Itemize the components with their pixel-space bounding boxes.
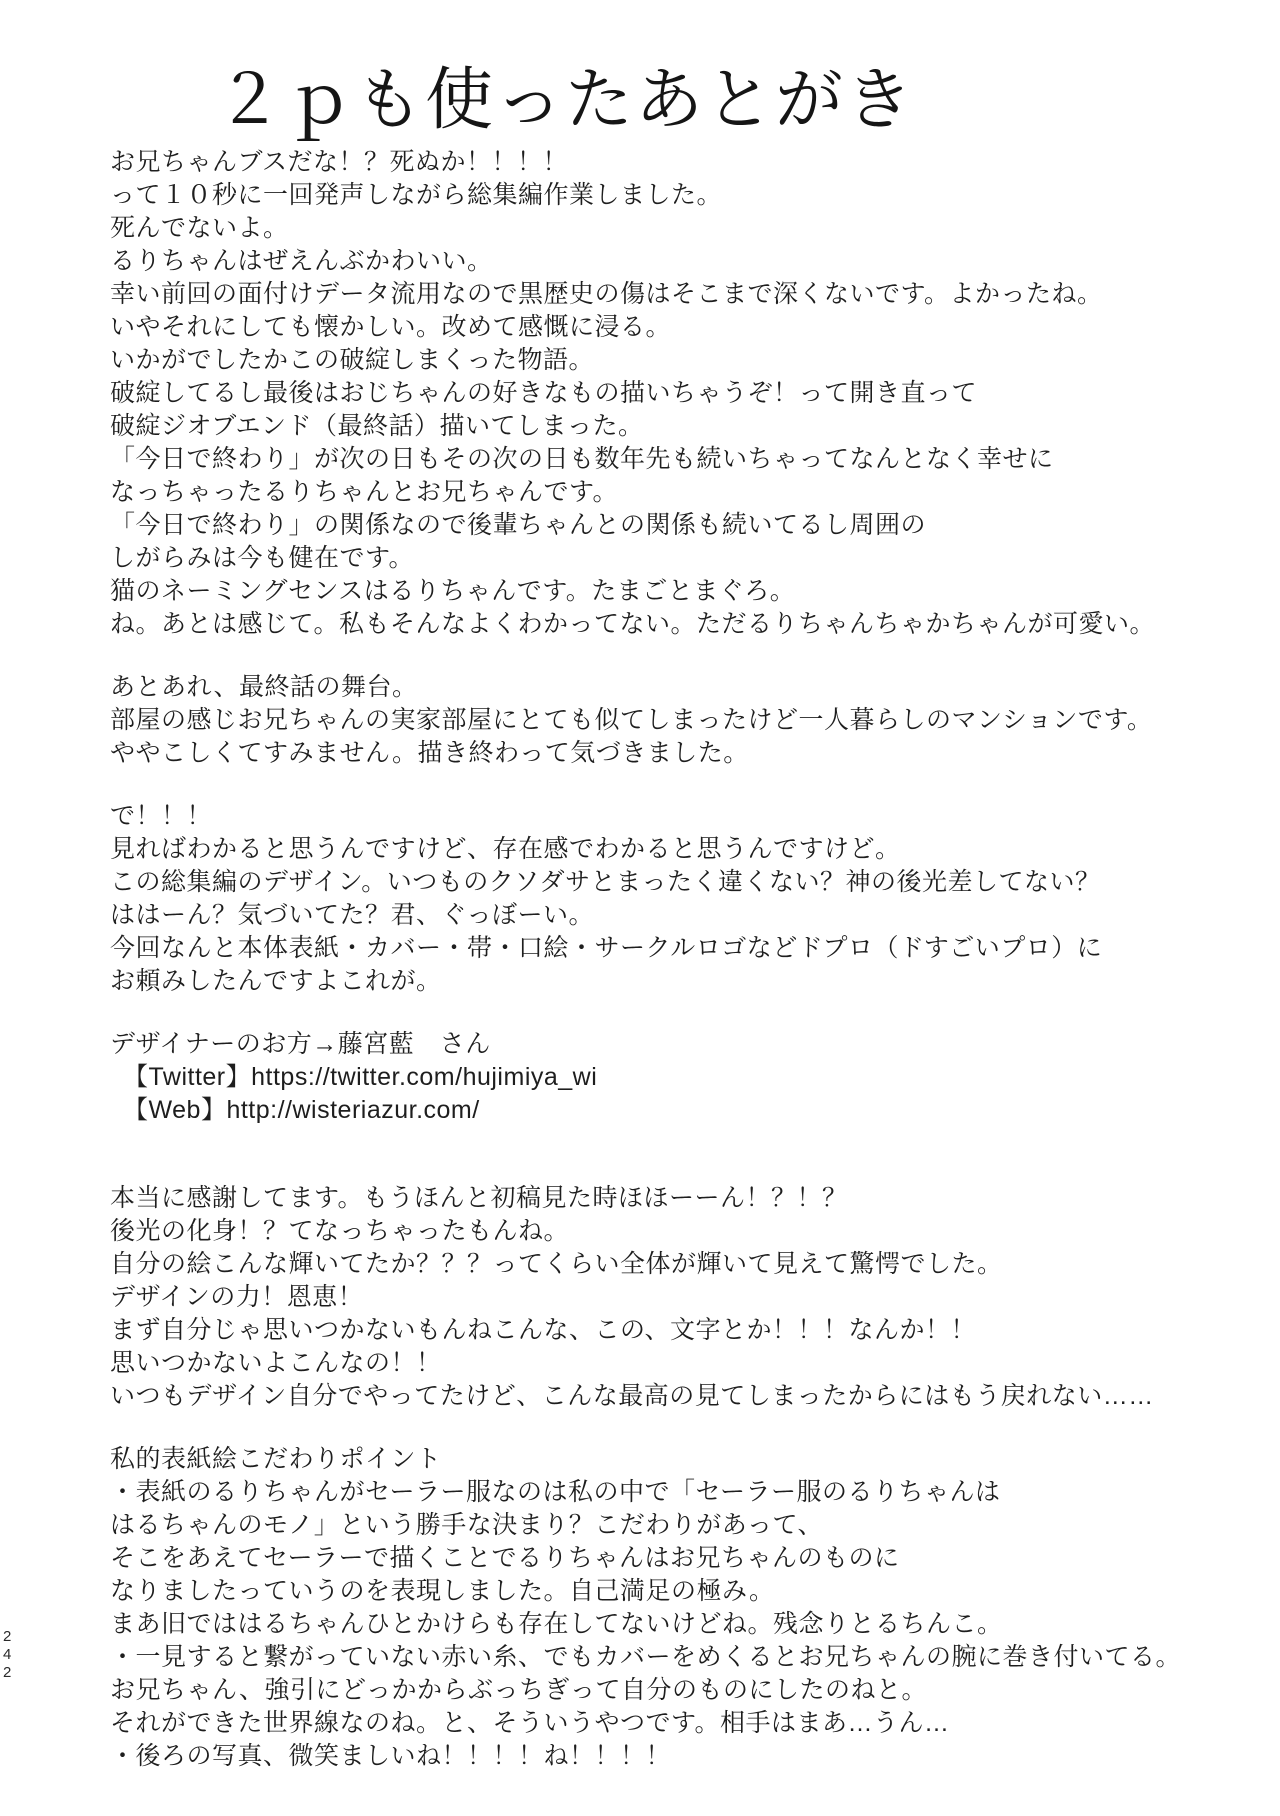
text-line: って１０秒に一回発声しながら総集編作業しました。 (110, 179, 1270, 212)
text-line: いやそれにしても懐かしい。改めて感慨に浸る。 (110, 311, 1270, 344)
text-line: お兄ちゃんブスだな！？死ぬか！！！！ (110, 146, 1270, 179)
text-line: 自分の絵こんな輝いてたか？？？ってくらい全体が輝いて見えて驚愕でした。 (110, 1248, 1270, 1281)
text-line: 私的表紙絵こだわりポイント (110, 1443, 1270, 1476)
text-line: ・後ろの写真、微笑ましいね！！！！ね！！！！ (110, 1740, 1270, 1773)
afterword-body: お兄ちゃんブスだな！？死ぬか！！！！って１０秒に一回発声しながら総集編作業しまし… (110, 146, 1270, 1773)
text-line: ね。あとは感じて。私もそんなよくわかってない。ただるりちゃんちゃかちゃんが可愛い… (110, 608, 1270, 641)
text-line: お頼みしたんですよこれが。 (110, 965, 1270, 998)
text-line: ややこしくてすみません。描き終わって気づきました。 (110, 737, 1270, 770)
text-line: 破綻ジオブエンド（最終話）描いてしまった。 (110, 410, 1270, 443)
text-line: 後光の化身！？てなっちゃったもんね。 (110, 1215, 1270, 1248)
paragraph-designer-credit: デザイナーのお方→藤宮藍 さん 【Twitter】https://twitter… (110, 1028, 1270, 1127)
text-line: 「今日で終わり」の関係なので後輩ちゃんとの関係も続いてるし周囲の (110, 509, 1270, 542)
text-line: 思いつかないよこんなの！！ (110, 1347, 1270, 1380)
text-line: デザインの力！恩恵！ (110, 1281, 1270, 1314)
text-line: るりちゃんはぜえんぶかわいい。 (110, 245, 1270, 278)
text-line: なりましたっていうのを表現しました。自己満足の極み。 (110, 1575, 1270, 1608)
text-line: はるちゃんのモノ」という勝手な決まり？こだわりがあって、 (110, 1509, 1270, 1542)
paragraph-final-episode-setting: あとあれ、最終話の舞台。部屋の感じお兄ちゃんの実家部屋にとても似てしまったけど一… (110, 671, 1270, 770)
text-line: 死んでないよ。 (110, 212, 1270, 245)
text-line: 【Twitter】https://twitter.com/hujimiya_wi (110, 1061, 1270, 1094)
text-line: で！！！ (110, 800, 1270, 833)
text-line: しがらみは今も健在です。 (110, 542, 1270, 575)
paragraph-intro-and-story-notes: お兄ちゃんブスだな！？死ぬか！！！！って１０秒に一回発声しながら総集編作業しまし… (110, 146, 1270, 641)
text-line: あとあれ、最終話の舞台。 (110, 671, 1270, 704)
afterword-page: ２ｐも使ったあとがき お兄ちゃんブスだな！？死ぬか！！！！って１０秒に一回発声し… (0, 0, 1280, 1816)
text-line: ・一見すると繋がっていない赤い糸、でもカバーをめくるとお兄ちゃんの腕に巻き付いて… (110, 1641, 1270, 1674)
paragraph-design-gratitude: 本当に感謝してます。もうほんと初稿見た時ほほーーん！？！？後光の化身！？てなっち… (110, 1182, 1270, 1413)
text-line: なっちゃったるりちゃんとお兄ちゃんです。 (110, 476, 1270, 509)
text-line: 「今日で終わり」が次の日もその次の日も数年先も続いちゃってなんとなく幸せに (110, 443, 1270, 476)
text-line: 見ればわかると思うんですけど、存在感でわかると思うんですけど。 (110, 833, 1270, 866)
text-line: いつもデザイン自分でやってたけど、こんな最高の見てしまったからにはもう戻れない…… (110, 1380, 1270, 1413)
text-line: ・表紙のるりちゃんがセーラー服なのは私の中で「セーラー服のるりちゃんは (110, 1476, 1270, 1509)
text-line: いかがでしたかこの破綻しまくった物語。 (110, 344, 1270, 377)
text-line: 部屋の感じお兄ちゃんの実家部屋にとても似てしまったけど一人暮らしのマンションです… (110, 704, 1270, 737)
text-line: 幸い前回の面付けデータ流用なので黒歴史の傷はそこまで深くないです。よかったね。 (110, 278, 1270, 311)
text-line: まず自分じゃ思いつかないもんねこんな、この、文字とか！！！なんか！！ (110, 1314, 1270, 1347)
text-line: デザイナーのお方→藤宮藍 さん (110, 1028, 1270, 1061)
text-line: そこをあえてセーラーで描くことでるりちゃんはお兄ちゃんのものに (110, 1542, 1270, 1575)
text-line: お兄ちゃん、強引にどっかからぶっちぎって自分のものにしたのねと。 (110, 1674, 1270, 1707)
text-line: 猫のネーミングセンスはるりちゃんです。たまごとまぐろ。 (110, 575, 1270, 608)
text-line: それができた世界線なのね。と、そういうやつです。相手はまあ…うん… (110, 1707, 1270, 1740)
text-line: 本当に感謝してます。もうほんと初稿見た時ほほーーん！？！？ (110, 1182, 1270, 1215)
text-line: この総集編のデザイン。いつものクソダサとまったく違くない？神の後光差してない？ (110, 866, 1270, 899)
paragraph-design-reveal: で！！！見ればわかると思うんですけど、存在感でわかると思うんですけど。この総集編… (110, 800, 1270, 998)
page-number: 242 (3, 1628, 16, 1682)
text-line: まあ旧でははるちゃんひとかけらも存在してないけどね。残念りとるちんこ。 (110, 1608, 1270, 1641)
text-line: 破綻してるし最後はおじちゃんの好きなもの描いちゃうぞ！って開き直って (110, 377, 1270, 410)
text-line: 【Web】http://wisteriazur.com/ (110, 1094, 1270, 1127)
text-line: ははーん？気づいてた？君、ぐっぼーい。 (110, 899, 1270, 932)
text-line: 今回なんと本体表紙・カバー・帯・口絵・サークルロゴなどドプロ（ドすごいプロ）に (110, 932, 1270, 965)
paragraph-cover-art-points: 私的表紙絵こだわりポイント・表紙のるりちゃんがセーラー服なのは私の中で「セーラー… (110, 1443, 1270, 1773)
page-title: ２ｐも使ったあとがき (0, 46, 1130, 143)
